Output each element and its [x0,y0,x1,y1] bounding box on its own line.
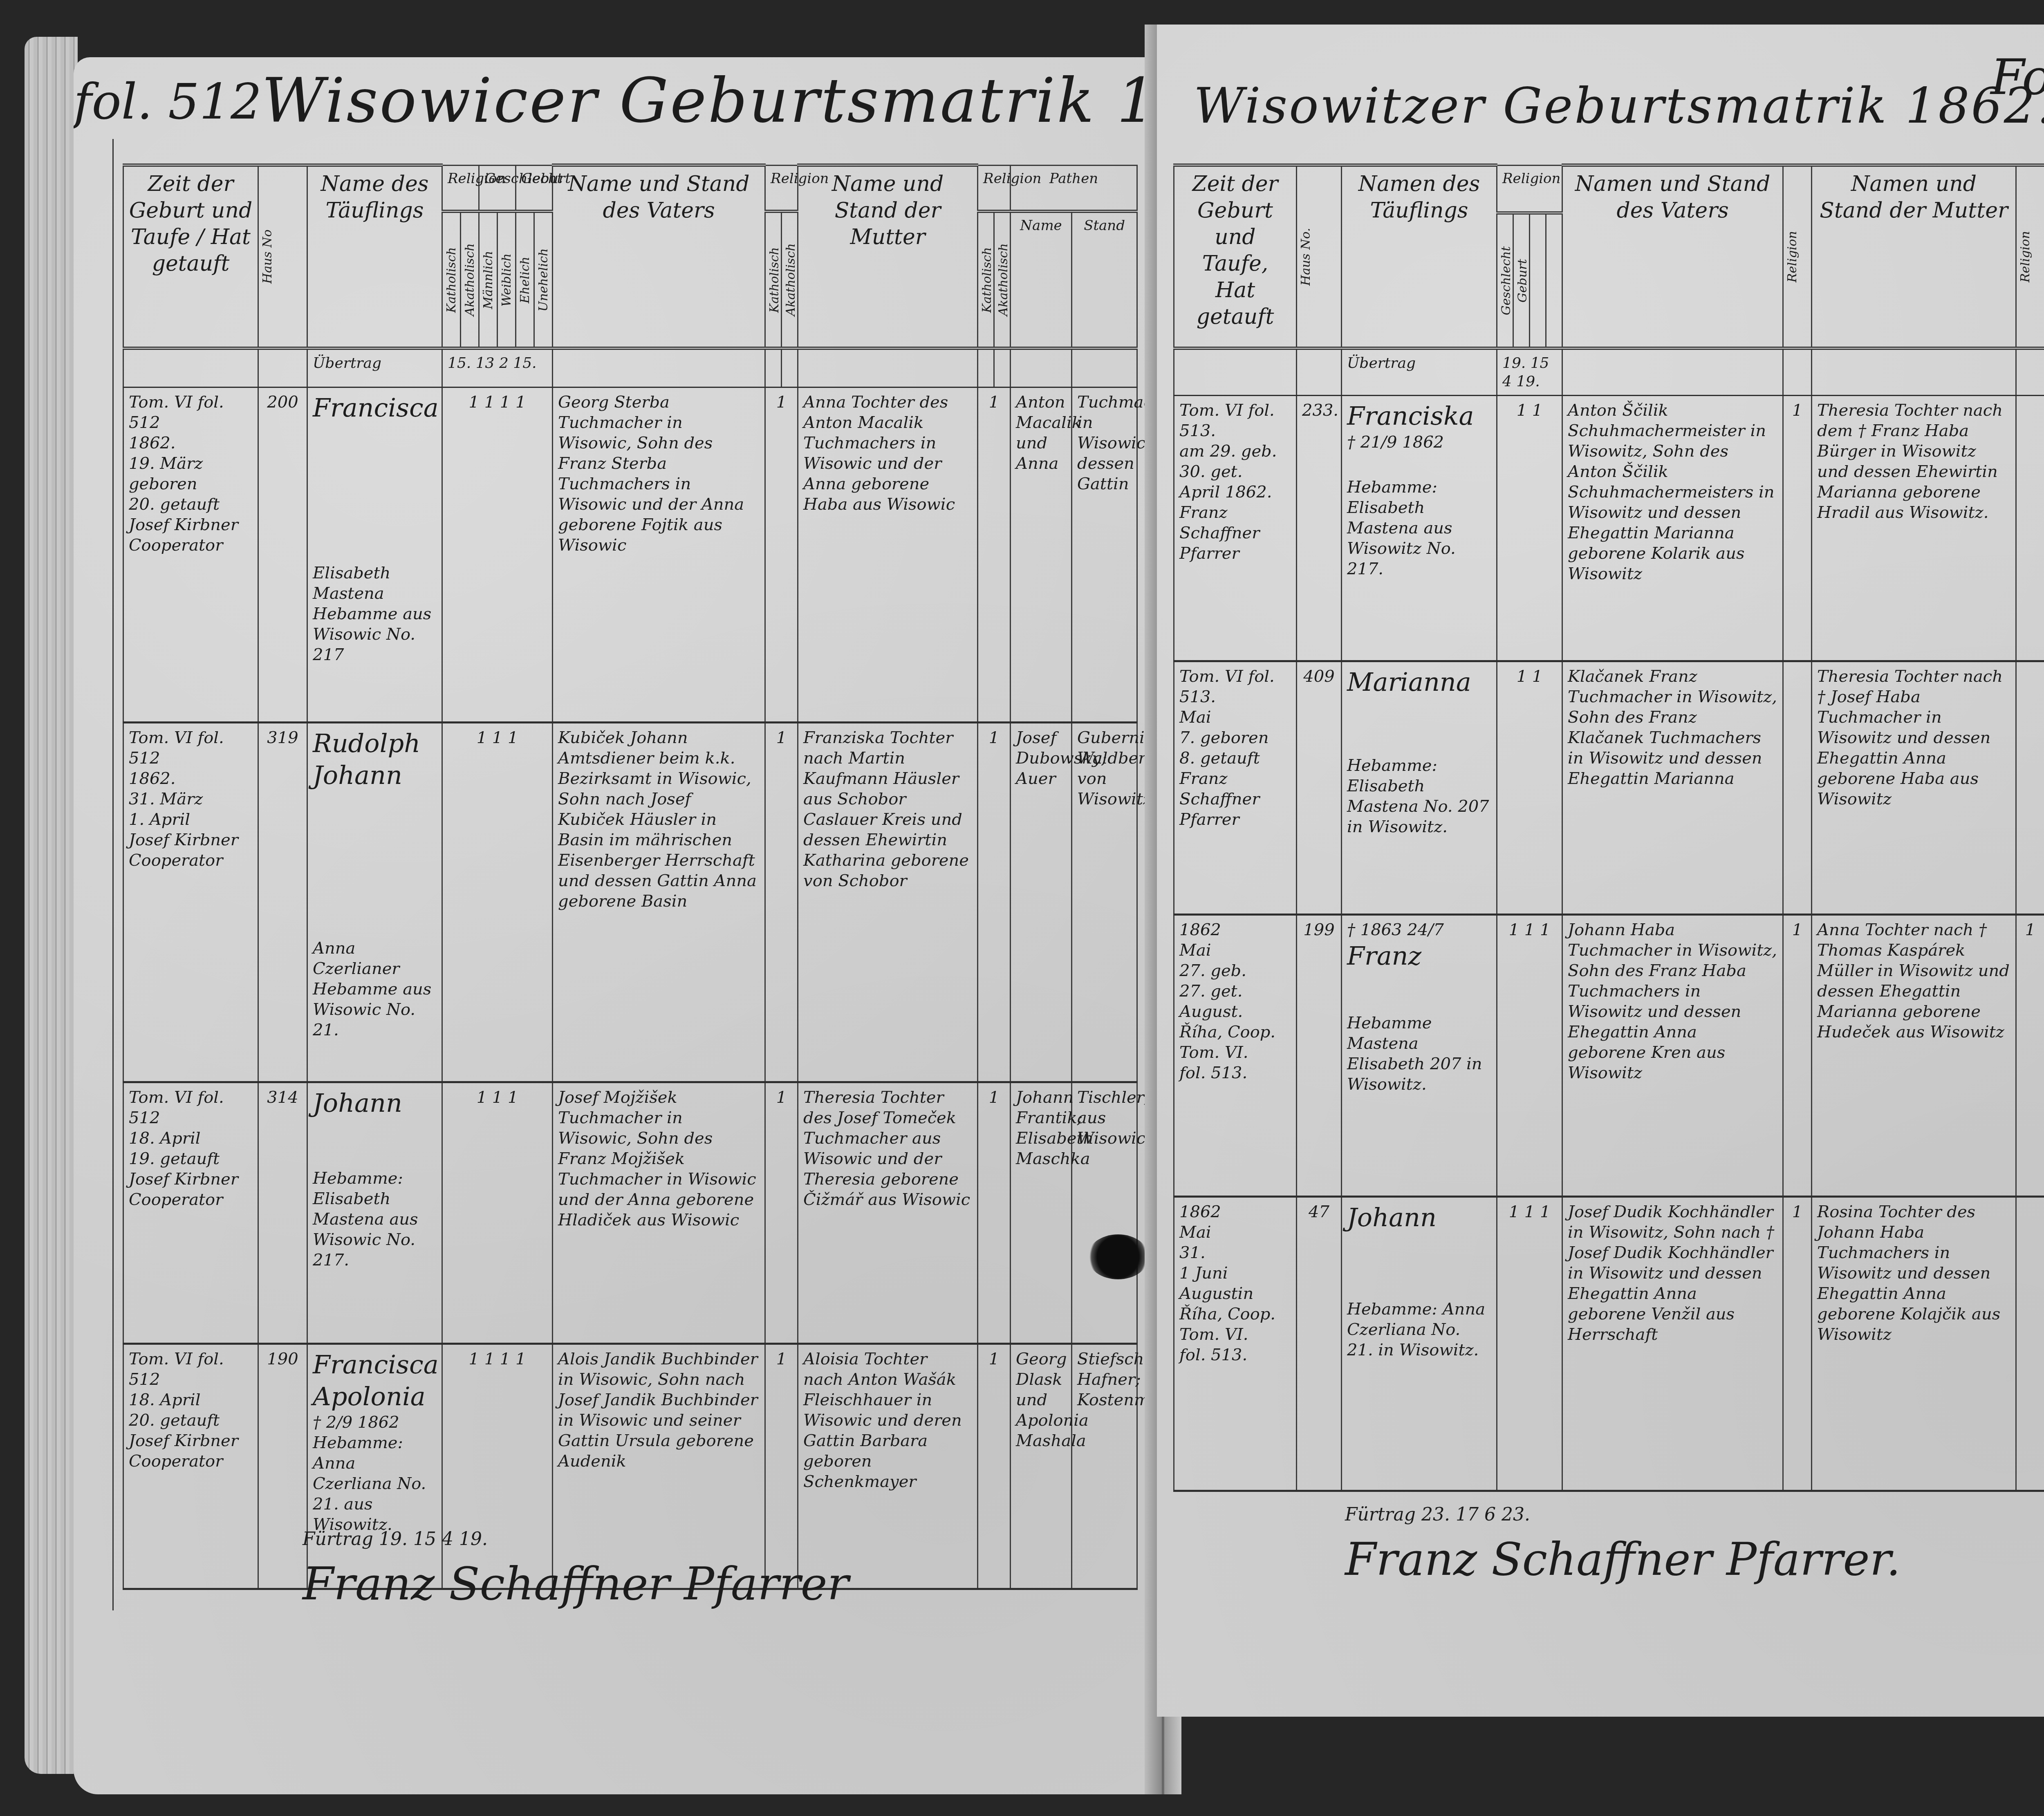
house-number: 319 [258,723,307,1082]
priest-signature: Franz Schaffner Pfarrer. [1345,1533,1901,1585]
mother-details: Theresia Tochter nach dem † Franz Haba B… [1812,396,2016,661]
house-number: 233. [1297,396,1342,661]
house-number: 199 [1297,915,1342,1197]
godparent-name: Anton Macalik und Anna [1011,387,1072,723]
godparent-status: Tischler; aus Wisowic [1072,1082,1137,1344]
header-birth: Geburt [1513,213,1530,348]
father-details: Anton Ščilik Schuhmachermeister in Wisow… [1562,396,1783,661]
header-sex: Geschlecht [1497,213,1513,348]
classification-marks: 1 1 [1497,396,1562,661]
officiant: Josef Kirbner Cooperator [129,1431,253,1471]
midwife: Hebamme: Anna Czerliana No. 21. in Wisow… [1347,1299,1491,1360]
left-page: fol. 512 Wisowicer Geburtsmatrik 1862 Ze… [74,57,1161,1794]
mother-details: Rosina Tochter des Johann Haba Tuchmache… [1812,1197,2016,1491]
mother-religion-mark [2016,661,2044,915]
register-entry: Tom. VI fol. 513. am 29. geb. 30. get. A… [1174,396,2044,661]
classification-marks: 1 1 1 [1497,915,1562,1197]
child-name: Rudolph Johann [313,728,437,791]
classification-marks: 1 1 1 [442,1082,553,1344]
header-father-religion: Religion [1783,165,1812,348]
header-father-catholic: Katholisch [765,211,782,348]
midwife: Elisabeth Mastena Hebamme aus Wisowic No… [313,563,437,665]
register-entry: Tom. VI fol. 513. Mai 7. geboren 8. geta… [1174,661,2044,915]
header-date: Zeit der Geburt und Taufe, Hat getauft [1174,165,1297,348]
header-sex: Geschlecht [479,165,516,211]
classification-marks: 1 1 [1497,661,1562,915]
summary-label: Fürtrag [1345,1504,1416,1525]
father-details: Kubiček Johann Amtsdiener beim k.k. Bezi… [553,723,765,1082]
child-name: Johann [1347,1202,1491,1234]
midwife: Hebamme: Elisabeth Mastena aus Wisowic N… [313,1168,437,1270]
midwife: Hebamme: Elisabeth Mastena No. 207 in Wi… [1347,755,1491,837]
header-mother-catholic: Katholisch [978,211,994,348]
mother-religion-mark [2016,396,2044,661]
father-details: Josef Dudik Kochhändler in Wisowitz, Soh… [1562,1197,1783,1491]
carry-over-row: Übertrag 15. 13 2 15. [123,348,1137,387]
entry-date: Tom. VI fol. 512 [129,392,253,433]
page-title: Wisowitzer Geburtsmatrik 1862. [1194,78,2044,134]
header-child-name: Name des Täuflings [307,165,442,348]
child-name: Franciska [1347,400,1491,432]
header-mother: Name und Stand der Mutter [798,165,978,348]
father-details: Klačanek Franz Tuchmacher in Wisowitz, S… [1562,661,1783,915]
header-religion: Religion [442,165,479,211]
mother-religion-mark: 1 [978,1344,1011,1589]
father-religion-mark: 1 [765,723,798,1082]
father-religion-mark: 1 [1783,915,1812,1197]
officiant: Josef Kirbner Cooperator [129,1169,253,1210]
header-male: Männlich [479,211,498,348]
midwife: Hebamme Mastena Elisabeth 207 in Wisowit… [1347,1013,1491,1095]
register-entry: Tom. VI fol. 512 1862. 31. März 1. April… [123,723,1137,1082]
midwife: Hebamme: Anna Czerliana No. 21. aus Wiso… [313,1433,437,1535]
header-house-no: Haus No [258,165,307,348]
father-details: Georg Sterba Tuchmacher in Wisowic, Sohn… [553,387,765,723]
father-religion-mark: 1 [765,387,798,723]
child-name: Francisca Apolonia [313,1349,437,1412]
mother-details: Theresia Tochter nach † Josef Haba Tuchm… [1812,661,2016,915]
godparent-name: Josef Dubowsky; Auer [1011,723,1072,1082]
officiant: Josef Kirbner Cooperator [129,515,253,555]
register-table: Zeit der Geburt und Taufe, Hat getauft H… [1173,163,2044,1492]
open-register-book: fol. 512 Wisowicer Geburtsmatrik 1862 Ze… [0,0,2044,1816]
classification-marks: 1 1 1 [1497,1197,1562,1491]
header-father-non-catholic: Akatholisch [782,211,798,348]
header-mother-religion: Religion [978,165,1011,211]
mother-religion-mark [2016,1197,2044,1491]
header-catholic: Katholisch [442,211,461,348]
mother-religion-mark: 1 [2016,915,2044,1197]
folio-number: fol. 512 [74,74,262,130]
mother-details: Theresia Tochter des Josef Tomeček Tuchm… [798,1082,978,1344]
house-number: 190 [258,1344,307,1589]
godparent-name: Georg Dlask und Apolonia Mashala [1011,1344,1072,1589]
classification-marks: 1 1 1 1 [442,387,553,723]
header-legitimate: Ehelich [516,211,534,348]
summary-values: 23. 17 6 23. [1421,1504,1530,1525]
carry-over-row: Übertrag 19. 15 4 19. [1174,348,2044,396]
carry-over-label: Übertrag [1342,348,1497,396]
header-father-religion: Religion [765,165,798,211]
header-father: Namen und Stand des Vaters [1562,165,1783,348]
carry-over-label: Übertrag [307,348,442,387]
officiant: Josef Kirbner Cooperator [129,830,253,871]
carry-over-values: 19. 15 4 19. [1497,348,1562,396]
register-table: Zeit der Geburt und Taufe / Hat getauft … [123,163,1138,1590]
page-footer: Fürtrag 23. 17 6 23. Franz Schaffner Pfa… [1345,1504,1901,1585]
midwife: Hebamme: Elisabeth Mastena aus Wisowitz … [1347,477,1491,579]
officiant: August. Říha, Coop. [1179,1001,1291,1042]
midwife: Anna Czerlianer Hebamme aus Wisowic No. … [313,938,437,1040]
child-name: Marianna [1347,666,1491,698]
house-number: 47 [1297,1197,1342,1491]
house-number: 200 [258,387,307,723]
page-footer: Fürtrag 19. 15 4 19. Franz Schaffner Pfa… [303,1529,849,1610]
summary-label: Fürtrag [303,1529,373,1550]
header-birth: Geburt [516,165,553,211]
godparent-name: Johann Frantik; Elisabeth Maschka [1011,1082,1072,1344]
register-entry: 1862 Mai 27. geb. 27. get. August. Říha,… [1174,915,2044,1197]
house-number: 314 [258,1082,307,1344]
header-mother-non-catholic: Akatholisch [994,211,1011,348]
mother-religion-mark: 1 [978,387,1011,723]
classification-marks: 1 1 1 [442,723,553,1082]
mother-religion-mark: 1 [978,723,1011,1082]
header-godparent-name: Name [1011,211,1072,348]
header-mother: Namen und Stand der Mutter [1812,165,2016,348]
margin-rule [112,139,118,1610]
summary-values: 19. 15 4 19. [379,1529,488,1550]
father-religion-mark: 1 [765,1082,798,1344]
page-title: Wisowicer Geburtsmatrik 1862 [262,65,1161,137]
death-note: † 1863 24/7 [1347,920,1491,940]
header-mother-religion: Religion [2016,165,2044,348]
folio-number: Fol. 513. [1990,49,2044,106]
register-entry: Tom. VI fol. 512 18. April 19. getauft J… [123,1082,1137,1344]
child-name: Johann [313,1087,437,1119]
godparent-status: Stiefschmied, Hafner; Kostenmeister [1072,1344,1137,1589]
page-edges-left [25,37,78,1774]
officiant: Augustin Říha, Coop. [1179,1283,1291,1324]
father-details: Josef Mojžišek Tuchmacher in Wisowic, So… [553,1082,765,1344]
officiant: Franz Schaffner Pfarrer [1179,768,1291,830]
father-religion-mark [1783,661,1812,915]
header-female: Weiblich [498,211,516,348]
mother-religion-mark: 1 [978,1082,1011,1344]
register-entry: 1862 Mai 31. 1 Juni Augustin Říha, Coop.… [1174,1197,2044,1491]
father-details: Johann Haba Tuchmacher in Wisowitz, Sohn… [1562,915,1783,1197]
header-child-name: Namen des Täuflings [1342,165,1497,348]
death-note: † 21/9 1862 [1347,432,1491,452]
header-father: Name und Stand des Vaters [553,165,765,348]
register-entry: Tom. VI fol. 512 1862. 19. März geboren … [123,387,1137,723]
right-page: Wisowitzer Geburtsmatrik 1862. Fol. 513.… [1157,25,2044,1717]
child-name: Francisca [313,392,437,424]
carry-over-values: 15. 13 2 15. [442,348,553,387]
mother-details: Anna Tochter des Anton Macalik Tuchmache… [798,387,978,723]
header-house-no: Haus No. [1297,165,1342,348]
house-number: 409 [1297,661,1342,915]
mother-details: Anna Tochter nach † Thomas Kaspárek Müll… [1812,915,2016,1197]
ink-blot [1087,1234,1149,1279]
child-name: Franz [1347,940,1491,972]
header-religion: Religion [1497,165,1562,213]
godparent-status: Gubernist; Waldbereiter von Wisowitz [1072,723,1137,1082]
header-date: Zeit der Geburt und Taufe / Hat getauft [123,165,258,348]
godparent-status: Tuchmacher in Wisowic, dessen Gattin [1072,387,1137,723]
officiant: Franz Schaffner Pfarrer [1179,502,1291,564]
header-illegitimate: Unehelich [534,211,553,348]
death-note: † 2/9 1862 [313,1412,437,1433]
father-religion-mark: 1 [1783,396,1812,661]
header-godparent-status: Stand [1072,211,1137,348]
mother-details: Franziska Tochter nach Martin Kaufmann H… [798,723,978,1082]
priest-signature: Franz Schaffner Pfarrer [303,1558,849,1610]
header-non-catholic: Akatholisch [461,211,479,348]
father-religion-mark: 1 [1783,1197,1812,1491]
